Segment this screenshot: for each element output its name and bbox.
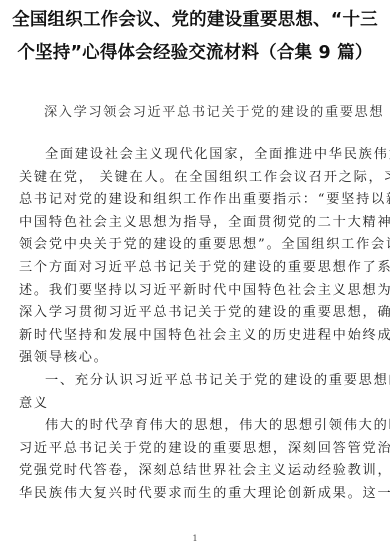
- page-number: 1: [0, 534, 390, 543]
- paragraph-line: 领会党中央关于党的建设的重要思想”。全国组织工作会议从十: [19, 234, 371, 257]
- paragraph-line: 三个方面对习近平总书记关于党的建设的重要思想作了系统阐: [19, 257, 371, 280]
- section-heading-line: 一、充分认识习近平总书记关于党的建设的重要思想的重大: [19, 370, 371, 393]
- paragraph-line: 华民族伟大复兴时代要求而生的重大理论创新成果。这一重要思: [19, 483, 371, 506]
- document-title-line-1: 全国组织工作会议、党的建设重要思想、“十三: [0, 6, 390, 31]
- document-title-line-2: 个坚持”心得体会经验交流材料（合集 9 篇）: [0, 39, 390, 64]
- paragraph-line: 习近平总书记关于党的建设的重要思想，深刻回答管党治党、兴: [19, 438, 371, 461]
- paragraph-line: 关键在党， 关键在人。在全国组织工作会议召开之际，习近平: [19, 167, 371, 190]
- paragraph-line: 伟大的时代孕育伟大的思想，伟大的思想引领伟大的时代。: [19, 415, 371, 438]
- section-subtitle: 深入学习领会习近平总书记关于党的建设的重要思想: [44, 101, 384, 120]
- document-body: 全面建设社会主义现代化国家，全面推进中华民族伟大复兴， 关键在党， 关键在人。在…: [19, 144, 371, 506]
- paragraph-line: 全面建设社会主义现代化国家，全面推进中华民族伟大复兴，: [19, 144, 371, 167]
- paragraph-line: 强领导核心。: [19, 347, 371, 370]
- paragraph-line: 深入学习贯彻习近平总书记关于党的建设的重要思想，确保党在: [19, 302, 371, 325]
- paragraph-line: 总书记对党的建设和组织工作作出重要指示：“要坚持以新时代: [19, 189, 371, 212]
- section-heading-line: 意义: [19, 393, 371, 416]
- paragraph-line: 中国特色社会主义思想为指导，全面贯彻党的二十大精神，深刻: [19, 212, 371, 235]
- paragraph-line: 党强党时代答卷，深刻总结世界社会主义运动经验教训，是应中: [19, 460, 371, 483]
- paragraph-line: 新时代坚持和发展中国特色社会主义的历史进程中始终成为坚: [19, 325, 371, 348]
- paragraph-line: 述。我们要坚持以习近平新时代中国特色社会主义思想为指导，: [19, 280, 371, 303]
